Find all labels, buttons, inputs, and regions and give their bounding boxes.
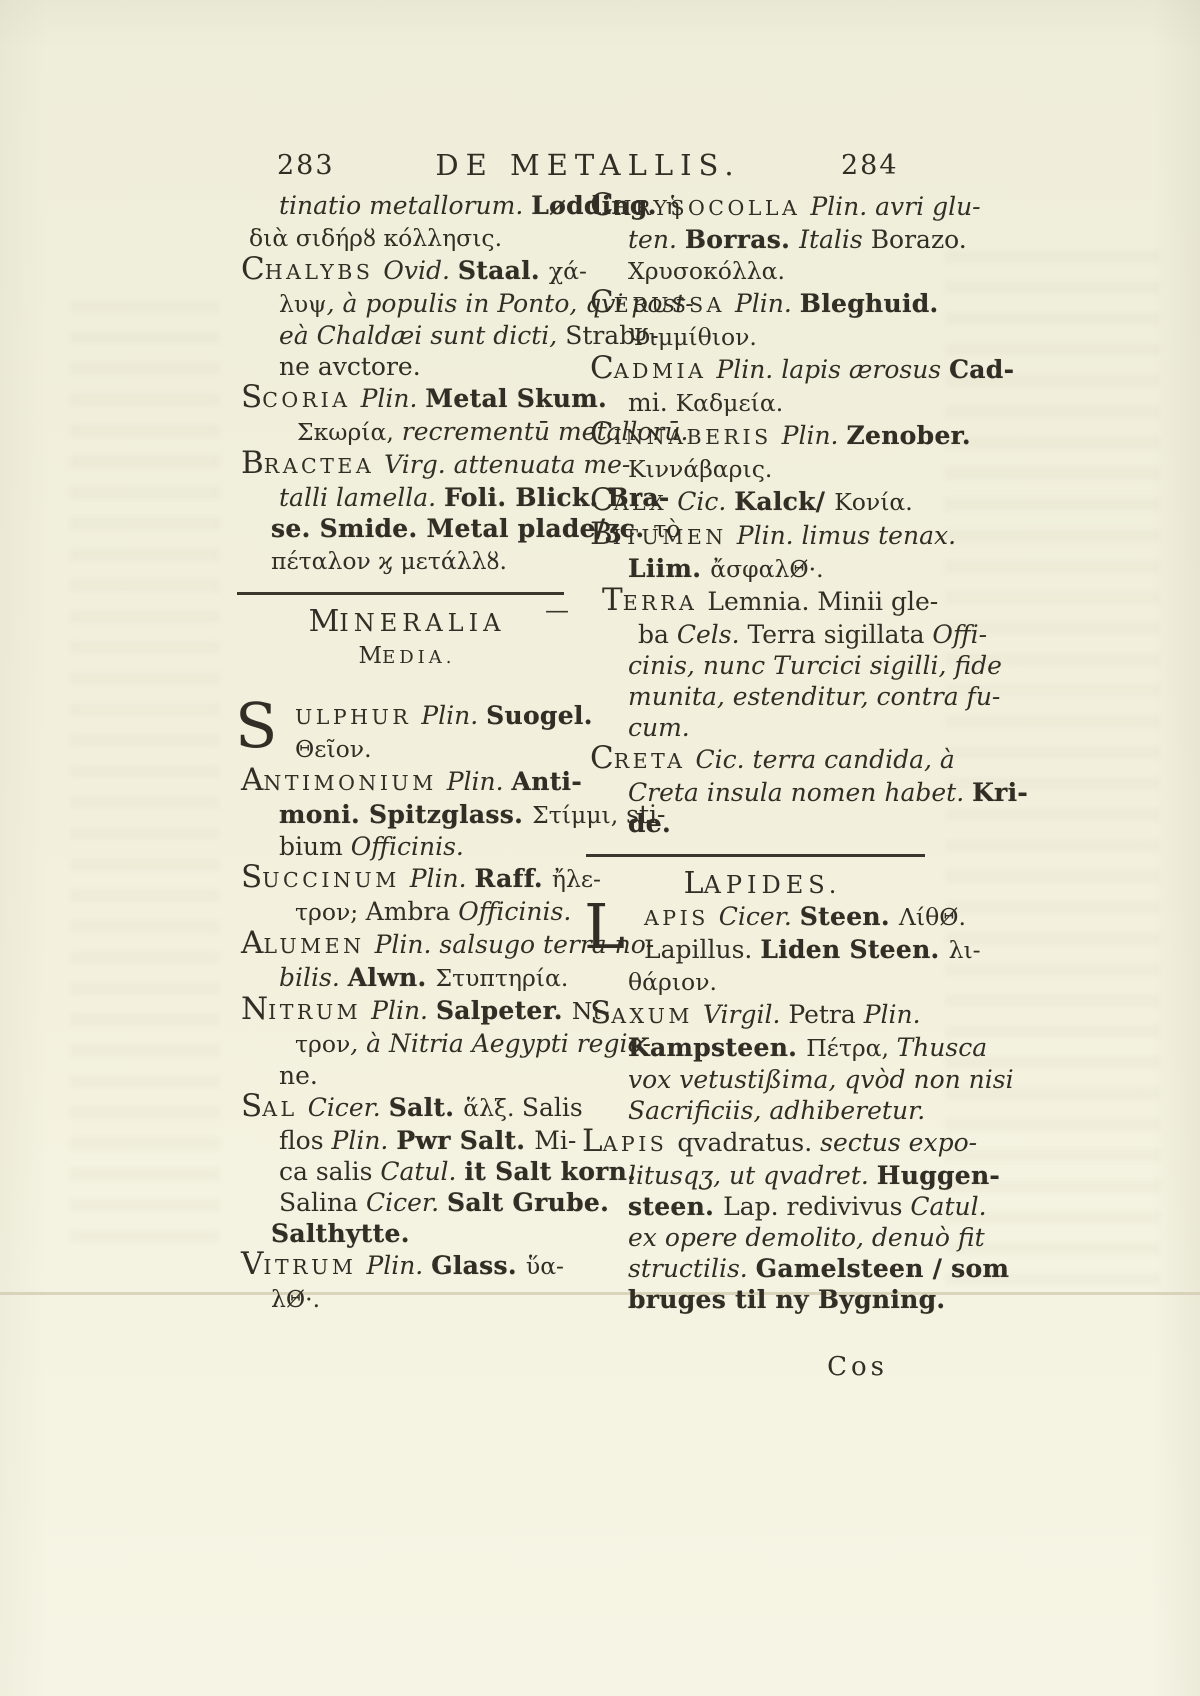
text-segment: C [590, 187, 614, 223]
text-line: Χρυσοκόλλα. [582, 255, 943, 287]
text-line: ne. [233, 1060, 581, 1091]
text-segment: S [241, 1088, 262, 1124]
text-line: πέταλον ϗ μετάλλȣ. [233, 545, 581, 577]
text-line: CRETA Cic. terra candida, à [582, 743, 943, 777]
text-segment: ERUSSA [614, 293, 735, 317]
text-segment: bruges til ny Bygning. [628, 1285, 945, 1314]
text-segment: ERRA [623, 591, 708, 615]
text-segment: ba [638, 620, 677, 649]
section-divider [586, 854, 925, 857]
text-segment: C [241, 251, 265, 287]
text-segment: Borras. [685, 225, 799, 254]
text-segment: cum. [628, 713, 690, 742]
text-segment: APIDES. [703, 871, 841, 899]
text-line: steen. Lap. redivivus Catul. [582, 1191, 943, 1222]
text-line: Liim. ἄσφαλΘ̸·. [582, 553, 943, 585]
text-segment: ten. [628, 225, 685, 254]
text-segment: Officinis. [351, 832, 464, 861]
text-line: διὰ σιδήρȣ κόλλησις. [233, 222, 581, 254]
text-line: λυψ, à populis in Ponto, qvi post- [233, 288, 581, 320]
text-line: ba Cels. Terra sigillata Offi- [582, 619, 943, 650]
text-segment: Plin. lapis ærosus [716, 355, 949, 384]
text-line: SAL Cicer. Salt. ἅλξ. Salis [233, 1091, 581, 1125]
text-segment: Κονία. [834, 488, 913, 516]
text-segment: Sacrificiis, adhiberetur. [628, 1096, 925, 1125]
text-segment: Glass. [431, 1251, 526, 1280]
text-segment: Plin. [447, 767, 512, 796]
text-line: eà Chaldæi sunt dicti, Strabo- [233, 320, 581, 351]
text-segment: S [590, 995, 611, 1031]
text-line: cum. [582, 712, 943, 743]
text-segment: Plin. [332, 1126, 397, 1155]
text-segment: N [241, 991, 268, 1027]
text-segment: ἅλξ. [463, 1094, 522, 1122]
text-line: Salina Cicer. Salt Grube. [233, 1187, 581, 1218]
text-line: LAPIS qvadratus. sectus expo- [582, 1126, 943, 1160]
text-segment: M [309, 604, 340, 639]
text-line: LAPIS Cicer. Steen. ΛίθΘ̸. [582, 901, 943, 934]
text-segment: Salpeter. [436, 996, 572, 1025]
text-segment: APIS [603, 1132, 678, 1156]
text-segment: HRYSOCOLLA [614, 196, 811, 220]
bleedthrough-artifact [945, 250, 1160, 1300]
text-line: NITRUM Plin. Salpeter. Νί- [233, 994, 581, 1028]
text-segment: qvadratus. [677, 1128, 820, 1157]
text-segment: ITUMEN [613, 525, 737, 549]
text-segment: C [590, 740, 614, 776]
text-segment: flos [279, 1126, 332, 1155]
text-line: Sacrificiis, adhiberetur. [582, 1095, 943, 1126]
text-segment: bium [279, 832, 351, 861]
text-line: Kampsteen. Πέτρα, Thusca [582, 1032, 943, 1064]
page-number-right: 284 [841, 150, 899, 181]
section-heading: LAPIDES. [582, 868, 943, 901]
text-line: Σκωρία, recrementū metallorū. [233, 416, 581, 448]
text-segment: mi. [628, 388, 676, 417]
text-segment: moni. Spitzglass. [279, 800, 532, 829]
text-segment: ne avctore. [279, 352, 421, 381]
text-segment: V [241, 1246, 263, 1282]
text-segment: Plin. [782, 421, 847, 450]
text-segment: Πέτρα, [806, 1034, 896, 1062]
text-line: BRACTEA Virg. attenuata me- [233, 448, 581, 482]
text-line: de. [582, 808, 943, 839]
text-segment: ULPHUR [295, 705, 421, 729]
text-segment: Lemnia. Minii gle- [707, 587, 938, 616]
text-segment: λι- [949, 936, 981, 964]
left-column: tinatio metallorum. Lødding. ἡδιὰ σιδήρȣ… [233, 190, 581, 1315]
text-segment: AL [262, 1097, 307, 1121]
text-line: θάριον. [582, 966, 943, 998]
text-line: BITUMEN Plin. limus tenax. [582, 519, 943, 553]
text-line: Salthytte. [233, 1218, 581, 1249]
text-segment: tinatio metallorum. [279, 191, 531, 220]
text-segment: Creta insula nomen habet. [628, 778, 972, 807]
text-segment: T [602, 582, 623, 618]
text-line: CHALYBS Ovid. Staal. χά- [233, 254, 581, 288]
text-segment: Virgil. [703, 1000, 788, 1029]
book-page: — 283 DE METALLIS. 284 tinatio metalloru… [0, 0, 1200, 1696]
text-segment: Mi- [534, 1126, 576, 1155]
text-segment: munita, estenditur, contra fu- [628, 682, 1000, 711]
text-segment: Thusca [896, 1033, 987, 1062]
text-line: structilis. Gamelsteen / som [582, 1253, 943, 1284]
text-segment: HALYBS [265, 260, 384, 284]
text-segment: RACTEA [264, 454, 384, 478]
text-segment: de. [628, 809, 671, 838]
text-line: SULPHUR Plin. Suogel. [233, 700, 581, 733]
text-line: vox vetustißima, qvòd non nisi [582, 1064, 943, 1095]
text-line: Κιννάβαρις. [582, 453, 943, 485]
text-segment: Pwr Salt. [396, 1126, 534, 1155]
text-segment: ALX [614, 491, 678, 515]
text-segment: Στυπτηρία. [436, 964, 569, 992]
text-segment: τρον; [295, 898, 366, 926]
text-segment: ex opere demolito, denuò fit [628, 1223, 985, 1252]
text-segment: Plin. [410, 864, 475, 893]
text-line: SAXUM Virgil. Petra Plin. [582, 998, 943, 1032]
text-segment: ΛίθΘ̸. [899, 903, 966, 931]
text-segment: Metal Skum. [425, 384, 607, 413]
text-line: CHRYSOCOLLA Plin. avri glu- [582, 190, 943, 224]
text-line: λΘ̸·. [233, 1283, 581, 1315]
text-line: Θεῖον. [233, 733, 581, 765]
text-segment: INNABERIS [614, 425, 782, 449]
text-segment: πέταλον ϗ μετάλλȣ. [271, 547, 507, 575]
text-segment: Cicer. [366, 1188, 447, 1217]
text-line: ne avctore. [233, 351, 581, 382]
text-segment: θάριον. [628, 968, 717, 996]
text-segment: structilis. [628, 1254, 756, 1283]
text-line: munita, estenditur, contra fu- [582, 681, 943, 712]
text-segment: Bleghuid. [800, 289, 939, 318]
text-line: ALUMEN Plin. salsugo terra no- [233, 928, 581, 962]
text-line: CERUSSA Plin. Bleghuid. [582, 287, 943, 321]
text-segment: APIS [644, 906, 719, 930]
text-segment: NTIMONIUM [263, 771, 446, 795]
text-line: Ψιμμίθιον. [582, 321, 943, 353]
running-title: DE METALLIS. [435, 148, 740, 182]
text-segment: Gamelsteen / som [756, 1254, 1010, 1283]
text-segment: C [590, 416, 614, 452]
text-segment: Kri- [972, 778, 1028, 807]
text-segment: ne. [279, 1061, 318, 1090]
text-segment: Petra [788, 1000, 863, 1029]
text-segment: Raff. [475, 864, 552, 893]
text-segment: Σκωρία, [297, 418, 394, 446]
text-line: ca salis Catul. it Salt korn. [233, 1156, 581, 1187]
text-segment: διὰ σιδήρȣ κόλλησις. [249, 224, 502, 252]
text-segment: UCCINUM [262, 868, 409, 892]
text-segment: Officinis. [458, 897, 571, 926]
text-segment: Offi- [932, 620, 987, 649]
text-segment: A [241, 762, 263, 798]
text-segment: Ψιμμίθιον. [628, 323, 757, 351]
text-line: VITRUM Plin. Glass. ὕα- [233, 1249, 581, 1283]
text-line: CALX Cic. Kalck/ Κονία. [582, 485, 943, 519]
text-line: τρον; Ambra Officinis. [233, 896, 581, 928]
text-segment: Huggen- [877, 1161, 1000, 1190]
page-number-left: 283 [277, 150, 335, 181]
text-line: bilis. Alwn. Στυπτηρία. [233, 962, 581, 994]
text-segment: ITRUM [268, 1000, 371, 1024]
text-segment: sectus expo- [820, 1128, 977, 1157]
text-segment: talli lamella. [279, 483, 444, 512]
text-segment: Plin. avri glu- [810, 192, 980, 221]
text-segment: Liden Steen. [760, 935, 948, 964]
text-segment: S [241, 859, 262, 895]
catchword: Cos [233, 1352, 888, 1382]
text-segment: Salina [279, 1188, 366, 1217]
text-segment: Anti- [512, 767, 583, 796]
text-segment: ὕα- [526, 1252, 564, 1280]
text-segment: C [590, 350, 614, 386]
text-segment: Cicer. [308, 1093, 389, 1122]
text-line: SUCCINUM Plin. Raff. ἤλε- [233, 862, 581, 896]
text-segment: Staal. [458, 256, 549, 285]
text-line: bium Officinis. [233, 831, 581, 862]
text-segment: Kalck/ [734, 487, 834, 516]
text-line: ten. Borras. Italis Borazo. [582, 224, 943, 255]
text-segment: Cic. [677, 487, 734, 516]
text-segment: L [582, 1123, 603, 1159]
section-divider [237, 592, 564, 595]
text-segment: Καδμεία. [676, 389, 784, 417]
text-segment: Plin. limus tenax. [737, 521, 956, 550]
text-line: ANTIMONIUM Plin. Anti- [233, 765, 581, 799]
text-line: moni. Spitzglass. Στίμμι, sti- [233, 799, 581, 831]
text-segment: Italis [799, 225, 871, 254]
text-segment: L [684, 866, 704, 901]
text-segment: S [241, 379, 262, 415]
text-segment: B [590, 516, 613, 552]
bleedthrough-artifact [70, 300, 220, 1250]
text-segment: Liim. [628, 554, 710, 583]
text-segment: litusqʒ, ut qvadret. [628, 1161, 877, 1190]
text-segment: Ambra [366, 897, 459, 926]
text-segment: C [590, 284, 614, 320]
text-segment: bilis. [279, 963, 348, 992]
text-line: CINNABERIS Plin. Zenober. [582, 419, 943, 453]
text-line: SCORIA Plin. Metal Skum. [233, 382, 581, 416]
text-segment: Lapillus. [644, 935, 760, 964]
text-segment: RETA [614, 749, 696, 773]
text-line: TERRA Lemnia. Minii gle- [582, 585, 943, 619]
text-segment: AXUM [611, 1004, 703, 1028]
text-segment: EDIA. [382, 647, 455, 668]
text-segment: Θεῖον. [295, 735, 372, 763]
text-line: bruges til ny Bygning. [582, 1284, 943, 1315]
text-segment: cinis, nunc Turcici sigilli, fide [628, 651, 1002, 680]
text-segment: Catul. [380, 1157, 464, 1186]
text-segment: Salis [522, 1093, 583, 1122]
text-segment: Cels. [677, 620, 748, 649]
text-segment: Cad- [949, 355, 1014, 384]
text-segment: Borazo. [871, 225, 967, 254]
text-segment: Κιννάβαρις. [628, 455, 772, 483]
text-segment: vox vetustißima, qvòd non nisi [628, 1065, 1014, 1094]
text-segment: A [241, 925, 263, 961]
text-segment: Plin. [361, 384, 426, 413]
text-segment: τρον [295, 1030, 350, 1058]
text-segment: INERALIA [339, 609, 505, 637]
text-line: Creta insula nomen habet. Kri- [582, 777, 943, 808]
text-segment: λυψ [279, 290, 327, 318]
text-segment: steen. [628, 1192, 723, 1221]
text-segment: eà Chaldæi sunt dicti, [279, 321, 565, 350]
text-segment: M [359, 643, 383, 669]
text-segment: Alwn. [348, 963, 436, 992]
right-column: CHRYSOCOLLA Plin. avri glu-ten. Borras. … [582, 190, 943, 1315]
text-line: mi. Καδμεία. [582, 387, 943, 419]
text-line: se. Smide. Metal plade/ʒc. τὸ [233, 513, 581, 545]
text-segment: Kampsteen. [628, 1033, 806, 1062]
text-segment: Plin. [371, 996, 436, 1025]
text-segment: Salt. [389, 1093, 464, 1122]
text-segment: ἄσφαλΘ̸·. [710, 555, 823, 583]
text-segment: CORIA [262, 388, 360, 412]
text-line: cinis, nunc Turcici sigilli, fide [582, 650, 943, 681]
text-segment: λΘ̸·. [271, 1285, 320, 1313]
text-line: tinatio metallorum. Lødding. ἡ [233, 190, 581, 222]
text-segment: Steen. [800, 902, 899, 931]
text-line: Lapillus. Liden Steen. λι- [582, 934, 943, 966]
text-segment: Ovid. [383, 256, 458, 285]
text-segment: ITRUM [263, 1255, 366, 1279]
text-segment: Cic. terra candida, à [696, 745, 955, 774]
text-segment: C [590, 482, 614, 518]
text-line: ex opere demolito, denuò fit [582, 1222, 943, 1253]
text-segment: Lap. redivivus [723, 1192, 910, 1221]
text-line: τρον, à Nitria Aegypti regio- [233, 1028, 581, 1060]
text-segment: ADMIA [614, 359, 717, 383]
text-segment: Cicer. [719, 902, 800, 931]
text-line: flos Plin. Pwr Salt. Mi- [233, 1125, 581, 1156]
text-segment: Suogel. [486, 701, 593, 730]
text-segment: Plin. [366, 1251, 431, 1280]
text-line: litusqʒ, ut qvadret. Huggen- [582, 1160, 943, 1191]
text-segment: Plin. [421, 701, 486, 730]
text-segment: B [241, 445, 264, 481]
text-segment: Plin. [735, 289, 800, 318]
text-segment: Salthytte. [271, 1219, 410, 1248]
text-segment: LUMEN [263, 934, 374, 958]
section-heading: MINERALIA [233, 606, 581, 639]
text-segment: Catul. [910, 1192, 986, 1221]
text-segment: Plin. [864, 1000, 921, 1029]
text-segment: ca salis [279, 1157, 380, 1186]
text-line: talli lamella. Foli. Blick. Bra- [233, 482, 581, 513]
text-line: CADMIA Plin. lapis ærosus Cad- [582, 353, 943, 387]
text-segment: Terra sigillata [748, 620, 933, 649]
section-heading: MEDIA. [233, 639, 581, 673]
text-segment: Χρυσοκόλλα. [628, 257, 785, 285]
text-segment: Zenober. [846, 421, 970, 450]
